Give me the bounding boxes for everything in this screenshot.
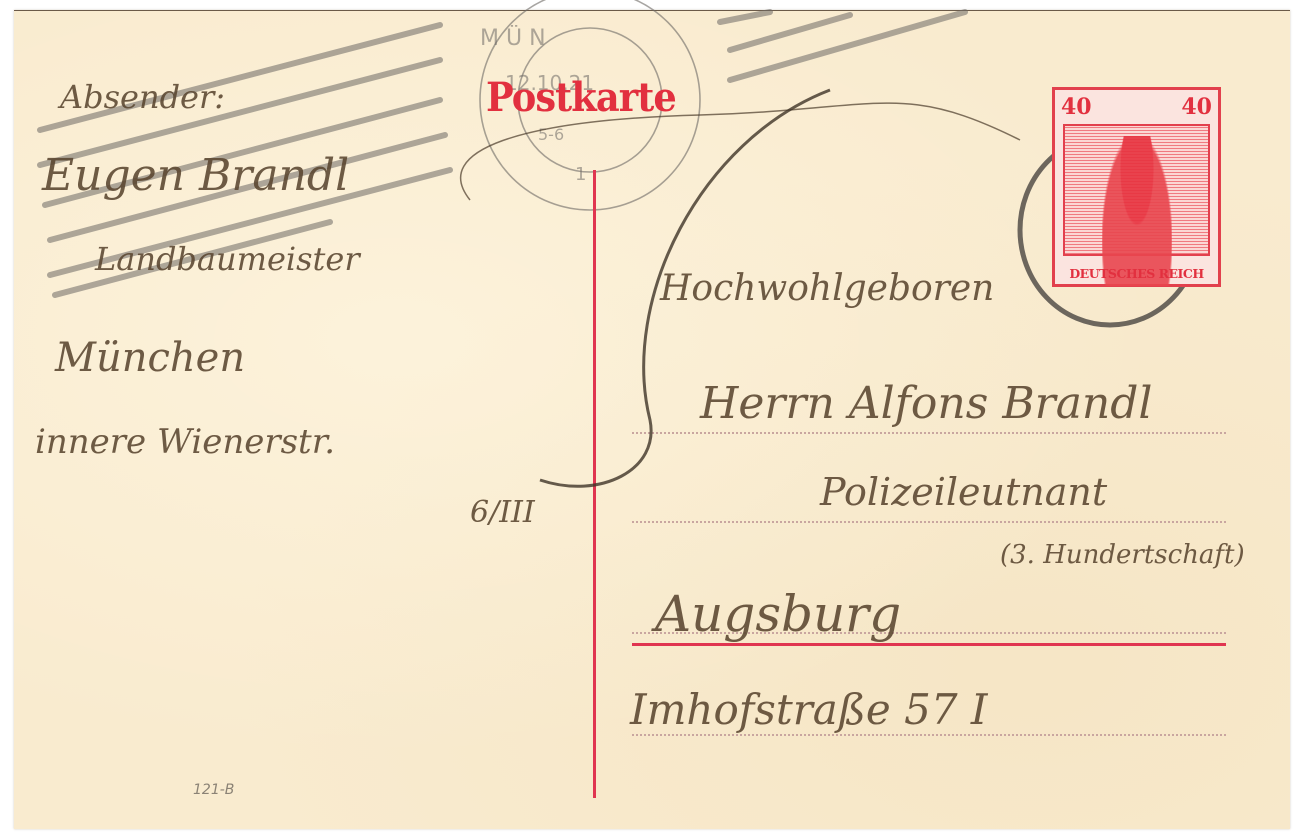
recipient-street: Imhofstraße 57 I — [630, 685, 988, 734]
pencil-note: 121-B — [193, 782, 234, 798]
address-line-1 — [632, 432, 1226, 434]
address-line-4 — [632, 734, 1226, 736]
recipient-title: Polizeileutnant — [820, 470, 1107, 514]
sender-number: 6/III — [470, 495, 535, 530]
stamp-value-right: 40 — [1181, 94, 1212, 120]
recipient-city: Augsburg — [655, 585, 901, 643]
recipient-salutation: Hochwohlgeboren — [660, 268, 994, 309]
recipient-unit: (3. Hundertschaft) — [1000, 540, 1245, 570]
sender-city: München — [55, 335, 245, 381]
postage-stamp: 40 40 DEUTSCHES REICH — [1052, 87, 1221, 287]
sender-street: innere Wienerstr. — [35, 422, 335, 462]
stamp-value-left: 40 — [1061, 94, 1092, 120]
postcard-heading: Postkarte — [486, 74, 676, 121]
vertical-divider — [593, 170, 596, 798]
sender-title: Landbaumeister — [95, 240, 360, 278]
recipient-name: Herrn Alfons Brandl — [700, 378, 1153, 429]
germania-figure-icon — [1102, 136, 1172, 286]
address-line-2 — [632, 521, 1226, 523]
sender-name: Eugen Brandl — [42, 150, 349, 201]
sender-label: Absender: — [60, 78, 225, 116]
stamp-vignette — [1063, 124, 1210, 256]
city-underline — [632, 643, 1226, 646]
stamp-inscription: DEUTSCHES REICH — [1059, 266, 1214, 281]
